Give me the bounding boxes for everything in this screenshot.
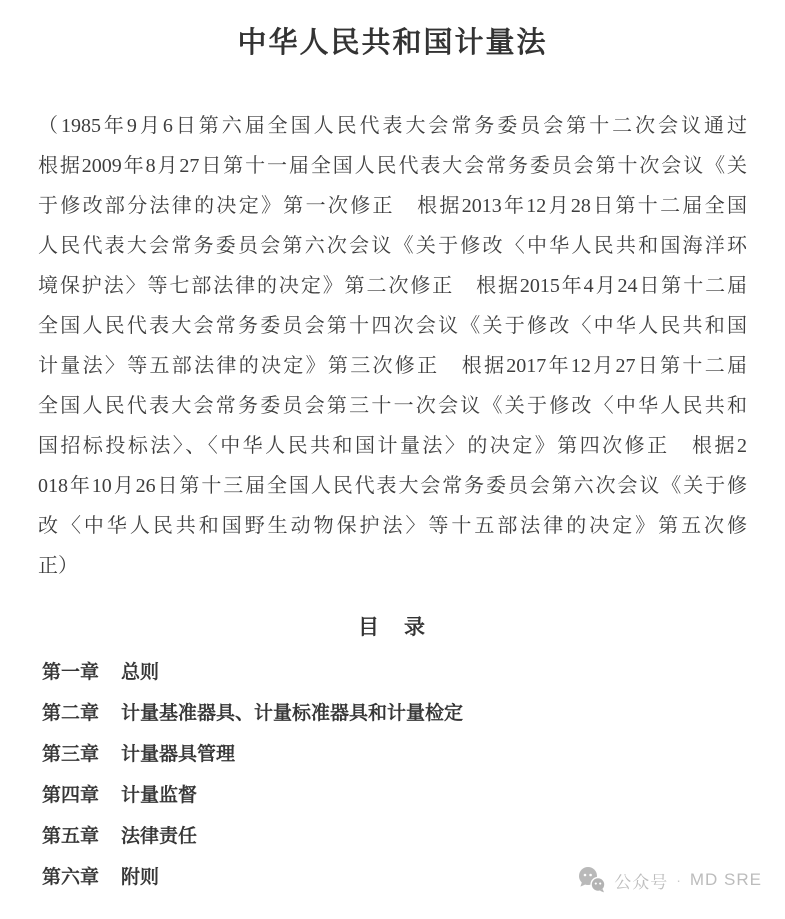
preamble-line: 国招标投标法〉、〈中华人民共和国计量法〉的决定》第四次修正 根据2: [38, 426, 747, 466]
watermark-label: 公众号: [614, 868, 668, 893]
chapter-title: 计量器具管理: [121, 739, 235, 766]
toc-row-chapter-5: 第五章 法律责任: [42, 814, 785, 855]
watermark-separator: ·: [675, 872, 683, 888]
preamble-line: （1985年9月6日第六届全国人民代表大会常务委员会第十二次会议通过: [38, 106, 747, 146]
preamble-line: 计量法〉等五部法律的决定》第三次修正 根据2017年12月27日第十二届: [38, 346, 747, 386]
toc-row-chapter-4: 第四章 计量监督: [42, 773, 785, 814]
chapter-title: 附则: [121, 862, 159, 889]
preamble-line: 于修改部分法律的决定》第一次修正 根据2013年12月28日第十二届全国: [38, 186, 747, 226]
document-page: 中华人民共和国计量法 （1985年9月6日第六届全国人民代表大会常务委员会第十二…: [0, 0, 785, 919]
toc-row-chapter-1: 第一章 总则: [42, 650, 785, 691]
preamble-paragraph: （1985年9月6日第六届全国人民代表大会常务委员会第十二次会议通过 根据200…: [38, 106, 747, 586]
chapter-title: 计量监督: [121, 780, 197, 807]
preamble-line: 人民代表大会常务委员会第六次会议《关于修改〈中华人民共和国海洋环: [38, 226, 747, 266]
chapter-number: 第一章: [42, 657, 99, 684]
watermark: 公众号 · MD SRE: [577, 866, 762, 894]
watermark-account-name: MD SRE: [690, 870, 762, 890]
page-title: 中华人民共和国计量法: [0, 0, 785, 60]
preamble-line: 改〈中华人民共和国野生动物保护法〉等十五部法律的决定》第五次修: [38, 506, 747, 546]
toc-row-chapter-3: 第三章 计量器具管理: [42, 732, 785, 773]
toc-list: 第一章 总则 第二章 计量基准器具、计量标准器具和计量检定 第三章 计量器具管理…: [0, 650, 785, 896]
toc-heading: 目 录: [0, 612, 785, 644]
preamble-line: 全国人民代表大会常务委员会第十四次会议《关于修改〈中华人民共和国: [38, 306, 747, 346]
chapter-number: 第六章: [42, 862, 99, 889]
preamble-line: 018年10月26日第十三届全国人民代表大会常务委员会第六次会议《关于修: [38, 466, 747, 506]
wechat-official-account-icon: [577, 866, 607, 894]
chapter-number: 第二章: [42, 698, 99, 725]
toc-row-chapter-2: 第二章 计量基准器具、计量标准器具和计量检定: [42, 691, 785, 732]
chapter-title: 法律责任: [121, 821, 197, 848]
preamble-line: 根据2009年8月27日第十一届全国人民代表大会常务委员会第十次会议《关: [38, 146, 747, 186]
preamble-line: 全国人民代表大会常务委员会第三十一次会议《关于修改〈中华人民共和: [38, 386, 747, 426]
chapter-number: 第三章: [42, 739, 99, 766]
chapter-title: 计量基准器具、计量标准器具和计量检定: [121, 698, 463, 725]
chapter-number: 第四章: [42, 780, 99, 807]
preamble-line: 正）: [38, 546, 747, 586]
chapter-title: 总则: [121, 657, 159, 684]
preamble-line: 境保护法〉等七部法律的决定》第二次修正 根据2015年4月24日第十二届: [38, 266, 747, 306]
chapter-number: 第五章: [42, 821, 99, 848]
